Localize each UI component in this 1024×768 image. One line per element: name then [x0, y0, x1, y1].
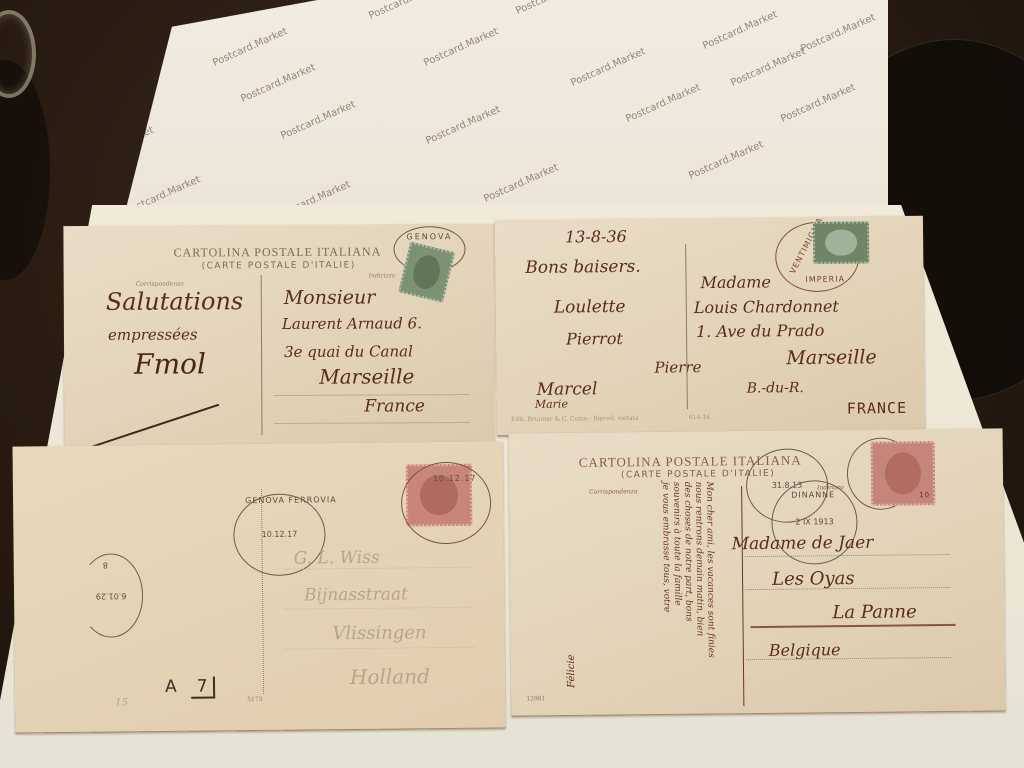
watermark-text: Postcard.Market — [211, 26, 289, 69]
card-code: 12981 — [526, 695, 545, 702]
watermark-text: larket — [125, 125, 156, 147]
watermark-text: Postcard.Market — [624, 82, 702, 125]
address-line: Bijnasstraat — [304, 584, 408, 605]
address-line: Les Oyas — [772, 568, 855, 590]
postmark-text: IMPERIA — [805, 275, 845, 284]
postcard-bottom-right: CARTOLINA POSTALE ITALIANA (CARTE POSTAL… — [509, 428, 1006, 716]
watermark-text: Postcard.Market — [422, 26, 500, 69]
postmark-text: GENOVA — [407, 233, 453, 242]
watermark-text: Postcard.Market — [799, 12, 877, 55]
stamp-green — [813, 221, 869, 264]
watermark-text: Postcard.Market — [482, 162, 560, 205]
postcard-top-right: 13-8-36 Bons baisers. Loulette Pierrot P… — [495, 216, 925, 436]
address-rule — [284, 607, 474, 610]
address-line: Marseille — [786, 346, 877, 369]
message-line: Bons baisers. — [525, 257, 641, 278]
address-line: Vlissingen — [332, 622, 426, 644]
watermark-text: Postcard.Market — [701, 9, 779, 52]
card-divider — [685, 244, 688, 409]
arrival-postmark-code: 8 — [102, 561, 108, 570]
address-line: Marseille — [319, 364, 414, 388]
address-line: Belgique — [769, 640, 841, 660]
postmark-date: 10.12.17 — [262, 530, 298, 539]
postmark-text: GENOVA FERROVIA — [245, 495, 337, 505]
arrival-postmark: 6.01.29 — [79, 553, 144, 638]
publisher-line: Edit. Brunner & C. Como - Riprod. vietat… — [511, 415, 639, 423]
country-mark: FRANCE — [847, 399, 907, 418]
correspondence-text: Mon cher ami, les vacances sont finies n… — [659, 481, 716, 658]
address-line: Holland — [350, 664, 430, 689]
address-line: Madame de Jaer — [732, 533, 874, 554]
pencil-note: 15 — [115, 697, 128, 708]
stamp-value: 10 — [919, 491, 930, 499]
watermark-text: Postcard.Market — [239, 62, 317, 105]
watermark-text: Postcard.Market — [729, 46, 807, 89]
box-mark-number: 7 — [191, 676, 216, 698]
stamp-portrait — [885, 452, 921, 494]
address-line: 1. Ave du Prado — [696, 321, 825, 341]
watermark-text: Postcard.Market — [779, 82, 857, 125]
message-line: Salutations — [106, 287, 244, 316]
watermark-text: Postcard.Market — [514, 0, 592, 17]
card-header-title: CARTOLINA POSTALE ITALIANA — [174, 244, 382, 260]
message-signature: Félicie — [566, 654, 577, 688]
watermark-text: Postcard.Market — [279, 99, 357, 142]
watermark-text: Postcard.Market — [367, 0, 445, 22]
card-code: 614-16 — [689, 414, 710, 421]
address-line: B.-du-R. — [747, 380, 804, 397]
message-signature: Fmol — [134, 347, 206, 380]
postcard-bottom-left: 10.12.17 GENOVA FERROVIA 6.01.29 8 10.12… — [13, 441, 506, 733]
card-date: 13-8-36 — [565, 227, 627, 247]
message-line: Marie — [535, 397, 568, 410]
card-code: 5173 — [247, 696, 262, 703]
address-rule — [274, 422, 469, 424]
watermark-text: Postcard.Market — [687, 139, 765, 182]
address-line: Louis Chardonnet — [694, 297, 839, 318]
address-rule — [285, 647, 475, 650]
address-line: La Panne — [832, 601, 916, 623]
watermark-sheet: Postcard.Market Postcard.Market Postcard… — [118, 0, 888, 240]
card-header-subtitle: (CARTE POSTALE D'ITALIE) — [202, 261, 356, 272]
address-line: Madame — [700, 272, 771, 292]
message-line: Loulette — [554, 297, 626, 318]
label-correspondence: Corrispondenza — [589, 488, 637, 496]
box-mark: A7 — [165, 676, 216, 697]
message-line: empressées — [108, 325, 198, 343]
message-line: Pierre — [654, 358, 701, 376]
address-rule — [751, 624, 956, 628]
postmark-text: DINANNE — [791, 490, 835, 499]
arrival-postmark-date: 6.01.29 — [96, 591, 127, 600]
address-line: 3e quai du Canal — [284, 342, 413, 361]
watermark-text: Postcard.Market — [569, 46, 647, 89]
address-rule — [745, 554, 950, 557]
label-address: Indirizzo — [369, 272, 396, 279]
address-line: Laurent Arnaud 6. — [282, 314, 422, 333]
address-line: France — [364, 396, 425, 416]
watermark-text: Postcard.Market — [424, 104, 502, 147]
stamp-portrait — [410, 253, 442, 292]
postmark-date: 2 IX 1913 — [795, 518, 833, 527]
stamp-portrait — [825, 229, 856, 256]
card-divider — [261, 275, 263, 435]
box-mark-letter: A — [165, 677, 177, 697]
postcard-top-left: CARTOLINA POSTALE ITALIANA (CARTE POSTAL… — [63, 224, 494, 455]
message-line: Pierrot — [566, 329, 623, 349]
card-divider — [741, 486, 744, 706]
postmark-text: 10.12.17 — [433, 474, 477, 483]
signature-flourish — [86, 404, 220, 450]
address-line: G. L. Wiss — [294, 548, 380, 569]
address-line: Monsieur — [284, 286, 376, 308]
